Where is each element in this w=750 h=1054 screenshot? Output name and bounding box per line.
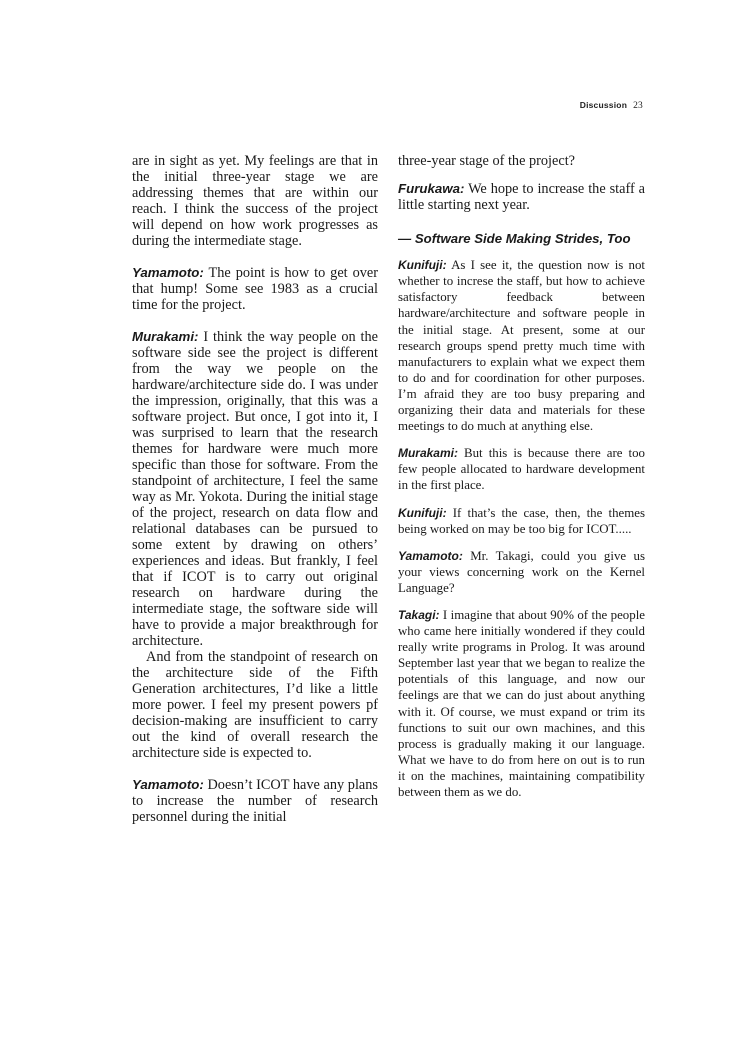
paragraph-text: I imagine that about 90% of the people w… — [398, 608, 645, 799]
left-column: are in sight as yet. My feelings are tha… — [132, 153, 378, 841]
page-number: 23 — [633, 101, 643, 111]
running-head: Discussion23 — [540, 100, 643, 111]
speaker-name: Takagi: — [398, 608, 440, 622]
paragraph-continuation: are in sight as yet. My feelings are tha… — [132, 153, 378, 249]
speaker-name: Yamamoto: — [398, 549, 463, 563]
right-column: three-year stage of the project? Furukaw… — [398, 153, 645, 811]
speaker-name: Kunifuji: — [398, 258, 447, 272]
paragraph-takagi: Takagi: I imagine that about 90% of the … — [398, 607, 645, 800]
running-head-section: Discussion — [580, 100, 627, 110]
paragraph-yamamoto-1: Yamamoto: The point is how to get over t… — [132, 265, 378, 313]
paragraph-text: As I see it, the question now is not whe… — [398, 258, 645, 433]
speaker-name: Furukawa: — [398, 181, 464, 196]
paragraph-kunifuji-1: Kunifuji: As I see it, the question now … — [398, 257, 645, 434]
speaker-name: Yamamoto: — [132, 265, 204, 280]
paragraph-text: I think the way people on the software s… — [132, 329, 378, 649]
paragraph-text: And from the standpoint of research on t… — [132, 649, 378, 761]
paragraph-yamamoto-3: Yamamoto: Mr. Takagi, could you give us … — [398, 548, 645, 596]
paragraph-furukawa: Furukawa: We hope to increase the staff … — [398, 181, 645, 213]
paragraph-murakami-2: And from the standpoint of research on t… — [132, 649, 378, 761]
paragraph-murakami-1: Murakami: I think the way people on the … — [132, 329, 378, 649]
speaker-name: Murakami: — [398, 446, 458, 460]
speaker-name: Kunifuji: — [398, 506, 447, 520]
paragraph-continuation: three-year stage of the project? — [398, 153, 645, 169]
paragraph-text: are in sight as yet. My feelings are tha… — [132, 153, 378, 249]
paragraph-kunifuji-2: Kunifuji: If that’s the case, then, the … — [398, 505, 645, 537]
paragraph-yamamoto-2: Yamamoto: Doesn’t ICOT have any plans to… — [132, 777, 378, 825]
speaker-name: Murakami: — [132, 329, 198, 344]
section-heading: — Software Side Making Strides, Too — [398, 231, 645, 247]
paragraph-murakami-3: Murakami: But this is because there are … — [398, 445, 645, 493]
speaker-name: Yamamoto: — [132, 777, 204, 792]
